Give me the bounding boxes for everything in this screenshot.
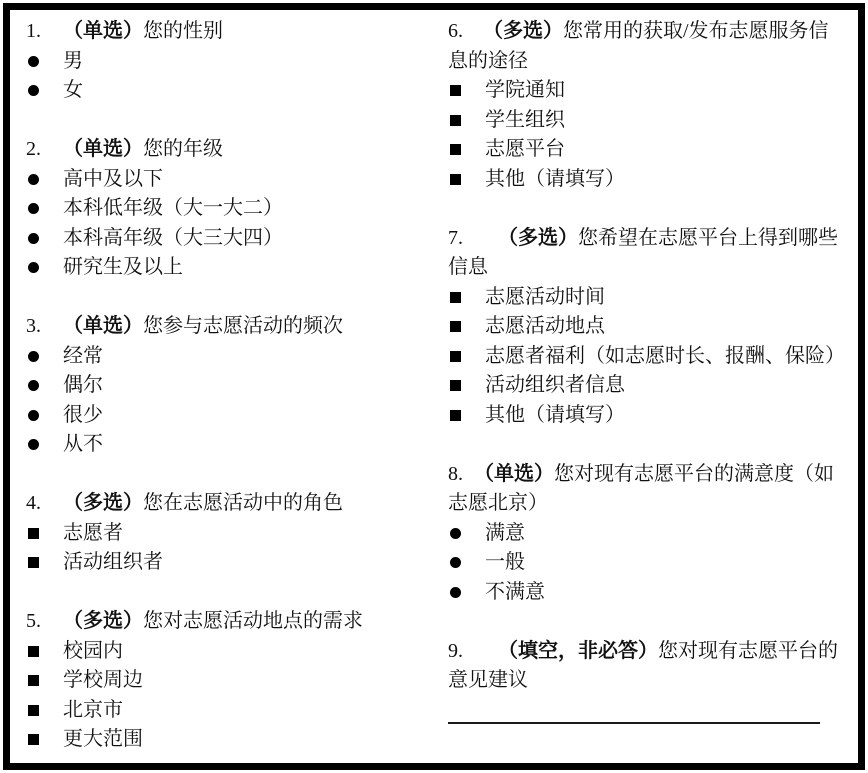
right-column: 6.（多选）您常用的获取/发布志愿服务信息的途径 学院通知学生组织志愿平台其他（… [448, 17, 844, 755]
option-label: 女 [63, 79, 83, 101]
question-title: 您对志愿活动地点的需求 [143, 610, 363, 632]
option-label: 志愿平台 [485, 138, 565, 160]
disc-bullet-icon [28, 85, 39, 96]
option-label: 不满意 [485, 581, 545, 603]
question-header: 5.（多选）您对志愿活动地点的需求 [26, 607, 422, 637]
question-number: 8. [448, 460, 474, 490]
option-item: 志愿者福利（如志愿时长、报酬、保险） [448, 342, 844, 372]
option-label: 志愿者 [63, 522, 123, 544]
option-item: 志愿者 [26, 519, 422, 549]
option-item: 很少 [26, 401, 422, 431]
question-header: 4.（多选）您在志愿活动中的角色 [26, 489, 422, 519]
option-item: 活动组织者信息 [448, 371, 844, 401]
question-title: 您在志愿活动中的角色 [143, 492, 343, 514]
square-bullet-icon [450, 292, 461, 303]
option-list: 校园内学校周边北京市更大范围 [26, 637, 422, 755]
option-label: 男 [63, 50, 83, 72]
option-item: 本科高年级（大三大四） [26, 224, 422, 254]
question-number: 6. [448, 17, 483, 47]
option-label: 从不 [63, 433, 103, 455]
option-label: 满意 [485, 522, 525, 544]
disc-bullet-icon [28, 410, 39, 421]
question-number: 4. [26, 489, 63, 519]
question-title: 您的性别 [143, 20, 223, 42]
option-label: 学校周边 [63, 669, 143, 691]
square-bullet-icon [450, 380, 461, 391]
option-item: 偶尔 [26, 371, 422, 401]
disc-bullet-icon [28, 203, 39, 214]
option-item: 活动组织者 [26, 548, 422, 578]
option-label: 很少 [63, 404, 103, 426]
disc-bullet-icon [28, 56, 39, 67]
option-item: 其他（请填写） [448, 401, 844, 431]
option-list: 高中及以下本科低年级（大一大二）本科高年级（大三大四）研究生及以上 [26, 165, 422, 283]
square-bullet-icon [450, 321, 461, 332]
disc-bullet-icon [450, 587, 461, 598]
option-list: 学院通知学生组织志愿平台其他（请填写） [448, 76, 844, 194]
question-number: 5. [26, 607, 63, 637]
question-block: 2.（单选）您的年级 高中及以下本科低年级（大一大二）本科高年级（大三大四）研究… [26, 135, 422, 283]
square-bullet-icon [450, 351, 461, 362]
option-label: 志愿者福利（如志愿时长、报酬、保险） [485, 345, 845, 367]
disc-bullet-icon [28, 380, 39, 391]
option-label: 校园内 [63, 640, 123, 662]
square-bullet-icon [28, 646, 39, 657]
option-list: 志愿者活动组织者 [26, 519, 422, 578]
question-header: 2.（单选）您的年级 [26, 135, 422, 165]
option-item: 本科低年级（大一大二） [26, 194, 422, 224]
option-item: 校园内 [26, 637, 422, 667]
square-bullet-icon [28, 557, 39, 568]
left-column: 1.（单选）您的性别 男女 2.（单选）您的年级 高中及以下本科低年级（大一大二… [26, 17, 422, 755]
option-label: 本科高年级（大三大四） [63, 227, 283, 249]
option-item: 一般 [448, 548, 844, 578]
question-type-label: （多选） [63, 610, 143, 632]
option-label: 经常 [63, 345, 103, 367]
question-type-label: （单选） [63, 20, 143, 42]
questionnaire-body: 1.（单选）您的性别 男女 2.（单选）您的年级 高中及以下本科低年级（大一大二… [26, 17, 844, 755]
option-label: 更大范围 [63, 728, 143, 750]
square-bullet-icon [450, 115, 461, 126]
question-header: 7.（多选）您希望在志愿平台上得到哪些信息 [448, 224, 844, 283]
question-title: 您参与志愿活动的频次 [143, 315, 343, 337]
question-header: 3.（单选）您参与志愿活动的频次 [26, 312, 422, 342]
question-block: 8.（单选）您对现有志愿平台的满意度（如志愿北京） 满意一般不满意 [448, 460, 844, 608]
question-number: 1. [26, 17, 63, 47]
question-type-label: （多选） [498, 227, 578, 249]
question-type-label: （单选） [63, 315, 143, 337]
option-item: 其他（请填写） [448, 165, 844, 195]
option-item: 研究生及以上 [26, 253, 422, 283]
square-bullet-icon [28, 734, 39, 745]
option-label: 一般 [485, 551, 525, 573]
question-block: 5.（多选）您对志愿活动地点的需求 校园内学校周边北京市更大范围 [26, 607, 422, 755]
option-item: 更大范围 [26, 725, 422, 755]
option-label: 本科低年级（大一大二） [63, 197, 283, 219]
option-item: 经常 [26, 342, 422, 372]
disc-bullet-icon [28, 351, 39, 362]
disc-bullet-icon [28, 174, 39, 185]
option-item: 从不 [26, 430, 422, 460]
disc-bullet-icon [450, 557, 461, 568]
question-header: 1.（单选）您的性别 [26, 17, 422, 47]
option-label: 高中及以下 [63, 168, 163, 190]
question-block: 7.（多选）您希望在志愿平台上得到哪些信息 志愿活动时间志愿活动地点志愿者福利（… [448, 224, 844, 431]
option-list: 满意一般不满意 [448, 519, 844, 608]
option-label: 活动组织者 [63, 551, 163, 573]
question-block: 1.（单选）您的性别 男女 [26, 17, 422, 106]
option-label: 学生组织 [485, 109, 565, 131]
square-bullet-icon [28, 528, 39, 539]
disc-bullet-icon [28, 233, 39, 244]
question-type-label: （多选） [63, 492, 143, 514]
option-label: 活动组织者信息 [485, 374, 625, 396]
question-block: 4.（多选）您在志愿活动中的角色 志愿者活动组织者 [26, 489, 422, 578]
square-bullet-icon [450, 85, 461, 96]
question-number: 7. [448, 224, 498, 254]
questionnaire-frame: 1.（单选）您的性别 男女 2.（单选）您的年级 高中及以下本科低年级（大一大二… [3, 3, 865, 770]
disc-bullet-icon [28, 262, 39, 273]
option-label: 研究生及以上 [63, 256, 183, 278]
question-header: 9.（填空，非必答）您对现有志愿平台的意见建议 [448, 637, 844, 696]
option-item: 志愿活动时间 [448, 283, 844, 313]
question-block: 3.（单选）您参与志愿活动的频次 经常偶尔很少从不 [26, 312, 422, 460]
question-block: 6.（多选）您常用的获取/发布志愿服务信息的途径 学院通知学生组织志愿平台其他（… [448, 17, 844, 194]
option-label: 志愿活动时间 [485, 286, 605, 308]
option-item: 女 [26, 76, 422, 106]
option-item: 高中及以下 [26, 165, 422, 195]
option-item: 北京市 [26, 696, 422, 726]
option-list: 经常偶尔很少从不 [26, 342, 422, 460]
question-type-label: （填空，非必答） [498, 640, 658, 662]
option-list: 志愿活动时间志愿活动地点志愿者福利（如志愿时长、报酬、保险）活动组织者信息其他（… [448, 283, 844, 431]
option-item: 不满意 [448, 578, 844, 608]
option-label: 志愿活动地点 [485, 315, 605, 337]
option-item: 满意 [448, 519, 844, 549]
square-bullet-icon [28, 705, 39, 716]
option-item: 志愿平台 [448, 135, 844, 165]
option-item: 学院通知 [448, 76, 844, 106]
fill-in-blank-line [448, 722, 820, 724]
option-label: 偶尔 [63, 374, 103, 396]
disc-bullet-icon [450, 528, 461, 539]
square-bullet-icon [450, 144, 461, 155]
square-bullet-icon [28, 675, 39, 686]
option-list: 男女 [26, 47, 422, 106]
disc-bullet-icon [28, 439, 39, 450]
option-label: 北京市 [63, 699, 123, 721]
option-label: 学院通知 [485, 79, 565, 101]
question-header: 8.（单选）您对现有志愿平台的满意度（如志愿北京） [448, 460, 844, 519]
option-label: 其他（请填写） [485, 404, 625, 426]
option-item: 学校周边 [26, 666, 422, 696]
question-number: 3. [26, 312, 63, 342]
question-type-label: （单选） [474, 463, 554, 485]
question-type-label: （多选） [483, 20, 563, 42]
square-bullet-icon [450, 410, 461, 421]
option-item: 男 [26, 47, 422, 77]
question-number: 2. [26, 135, 63, 165]
question-block: 9.（填空，非必答）您对现有志愿平台的意见建议 [448, 637, 844, 724]
question-header: 6.（多选）您常用的获取/发布志愿服务信息的途径 [448, 17, 844, 76]
question-type-label: （单选） [63, 138, 143, 160]
option-label: 其他（请填写） [485, 168, 625, 190]
question-number: 9. [448, 637, 498, 667]
option-item: 志愿活动地点 [448, 312, 844, 342]
question-title: 您的年级 [143, 138, 223, 160]
square-bullet-icon [450, 174, 461, 185]
option-item: 学生组织 [448, 106, 844, 136]
